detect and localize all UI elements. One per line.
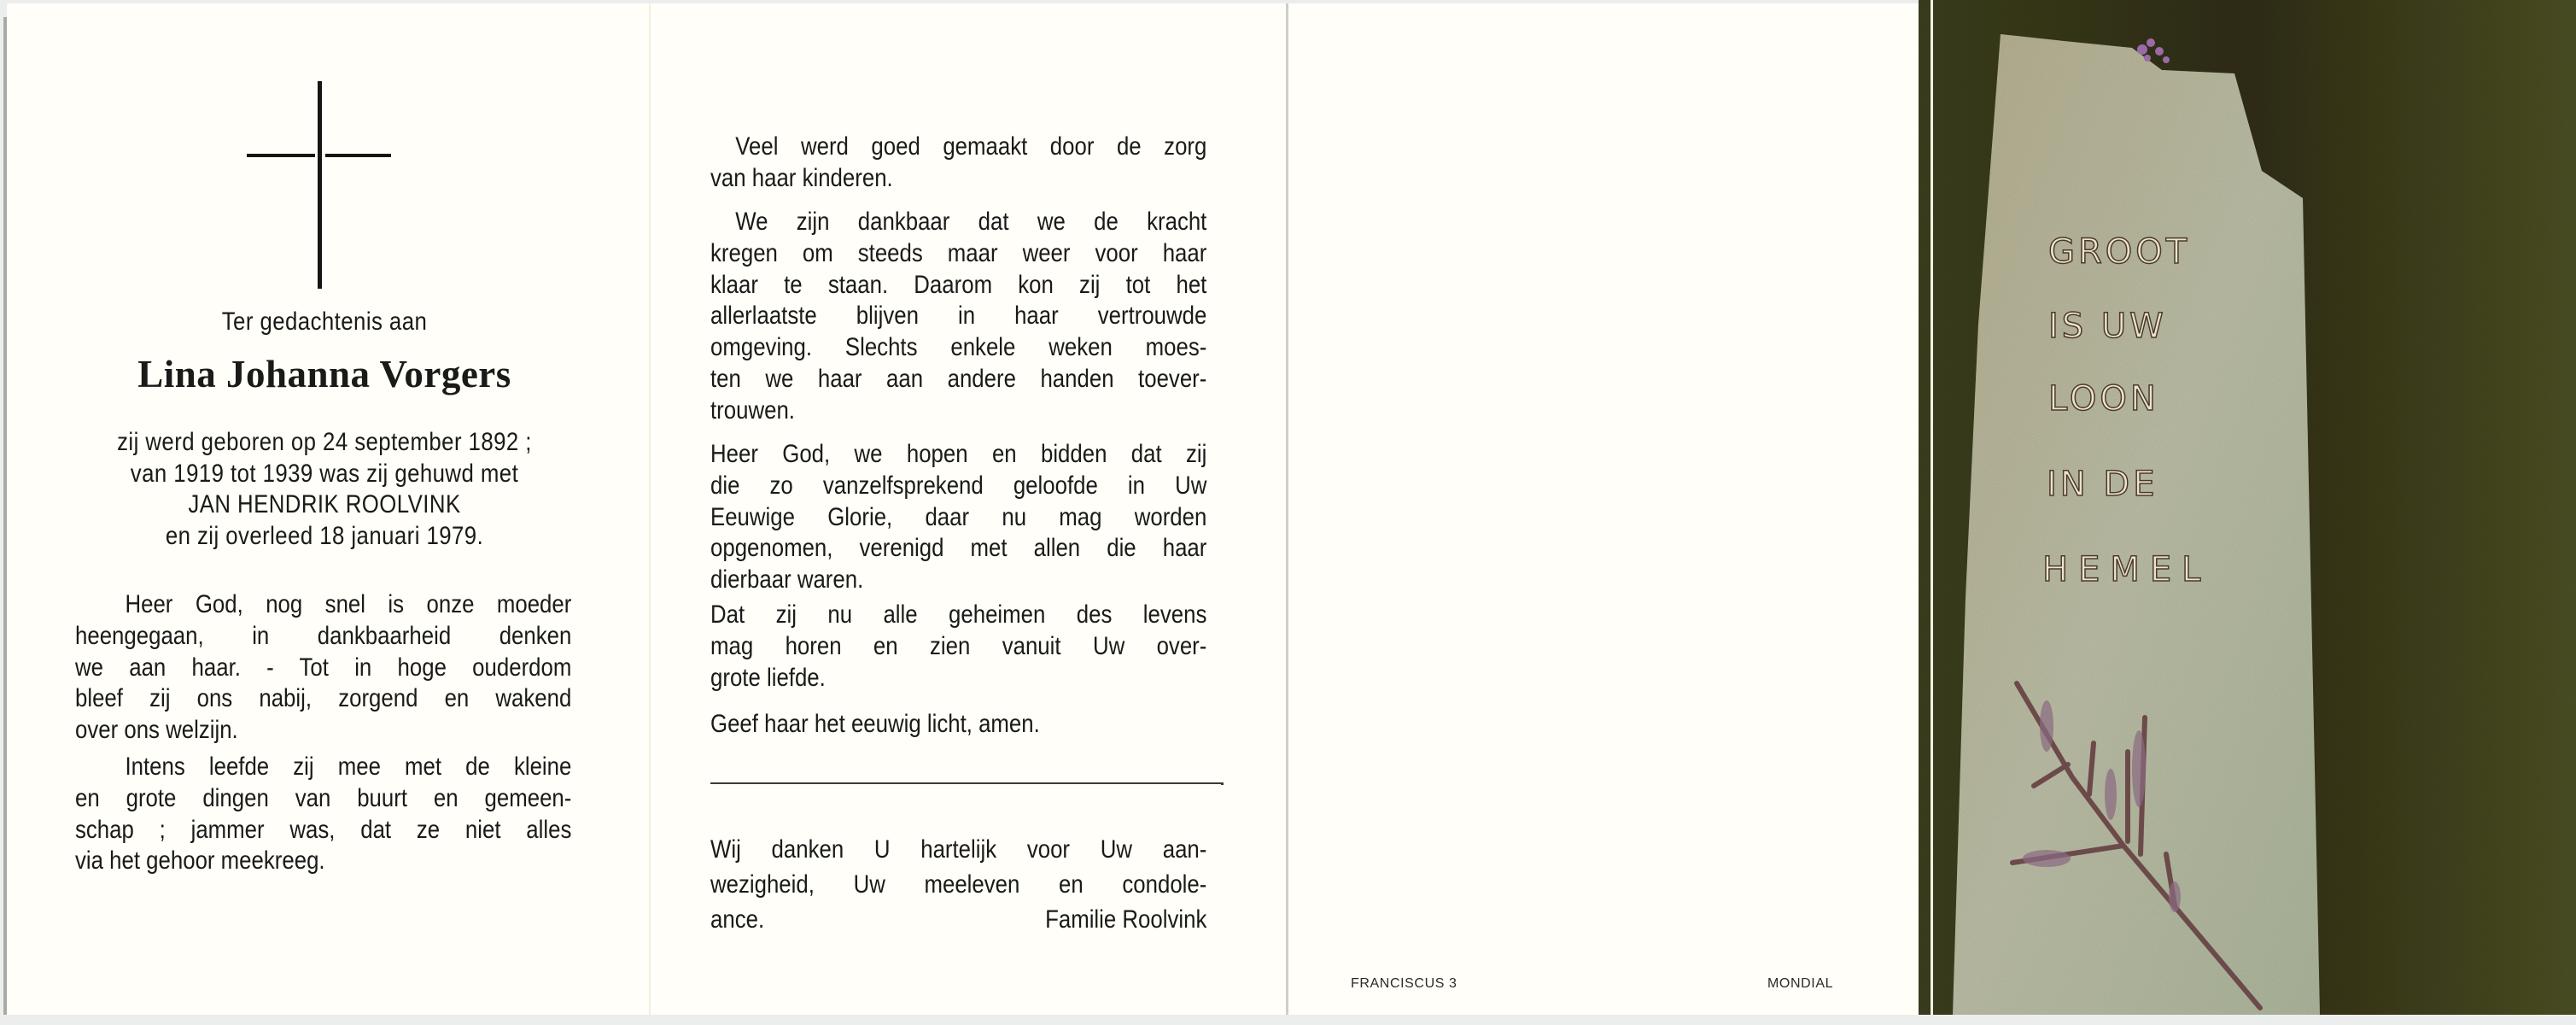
text-line: allerlaatste blijven in haar vertrouwde <box>710 301 1206 332</box>
svg-text:IS UW: IS UW <box>2048 307 2167 346</box>
bio-line: zij werd geboren op 24 september 1892 ; <box>45 427 604 459</box>
svg-text:IN DE: IN DE <box>2047 465 2158 504</box>
svg-text:GROOT: GROOT <box>2048 232 2190 272</box>
paragraph: Veel werd goed gemaakt door de zorg van … <box>710 132 1206 195</box>
svg-text:LOON: LOON <box>2048 379 2159 419</box>
text-line-last: ance. Familie Roolvink <box>710 902 1206 937</box>
text-line: Heer God, nog snel is onze moeder <box>75 589 571 621</box>
text-line: bleef zij ons nabij, zorgend en wakend <box>75 683 571 715</box>
text-line: Intens leefde zij mee met de kleine <box>75 752 571 783</box>
text-line: heengegaan, in dankbaarheid denken <box>75 621 571 653</box>
bio-line-spouse: JAN HENDRIK ROOLVINK <box>45 489 604 521</box>
memory-line: Ter gedachtenis aan <box>45 307 604 337</box>
publisher-series: FRANCISCUS 3 <box>1351 976 1457 992</box>
paragraph: Geef haar het eeuwig licht, amen. <box>710 709 1206 741</box>
panel-back-blank: FRANCISCUS 3 MONDIAL <box>1288 0 1919 1015</box>
text-line: wezigheid, Uw meeleven en condole- <box>710 867 1206 902</box>
svg-text:HEMEL: HEMEL <box>2042 550 2211 589</box>
text-line: Eeuwige Glorie, daar nu mag worden <box>710 502 1206 534</box>
paragraph: Intens leefde zij mee met de kleine en g… <box>75 752 571 877</box>
text-line: die zo vanzelfsprekend geloofde in Uw <box>710 471 1206 502</box>
text-line: ance. <box>710 905 764 934</box>
bio-line: en zij overleed 18 januari 1979. <box>45 521 604 553</box>
text-line: klaar te staan. Daarom kon zij tot het <box>710 270 1206 302</box>
bio-block: zij werd geboren op 24 september 1892 ; … <box>45 427 604 552</box>
deceased-name: Lina Johanna Vorgers <box>0 352 649 396</box>
text-line: Veel werd goed gemaakt door de zorg <box>710 132 1206 163</box>
panel-front-text: Ter gedachtenis aan Lina Johanna Vorgers… <box>0 0 649 1015</box>
thanks-paragraph: Wij danken U hartelijk voor Uw aan- wezi… <box>710 832 1206 937</box>
bio-line: van 1919 tot 1939 was zij gehuwd met <box>45 459 604 490</box>
text-line: omgeving. Slechts enkele weken moes- <box>710 332 1206 364</box>
text-line: en grote dingen van buurt en gemeen- <box>75 783 571 815</box>
text-line: We zijn dankbaar dat we de kracht <box>710 207 1206 238</box>
divider-rule <box>710 782 1223 784</box>
text-line: Geef haar het eeuwig licht, amen. <box>710 709 1206 741</box>
text-line: opgenomen, verenigd met allen die haar <box>710 533 1206 565</box>
text-line: trouwen. <box>710 395 1206 427</box>
paragraph: Dat zij nu alle geheimen des levens mag … <box>710 600 1206 694</box>
text-line: grote liefde. <box>710 663 1206 694</box>
stone-memorial-image: GROOT IS UW LOON IN DE HEMEL <box>1919 0 2576 1015</box>
text-line: Wij danken U hartelijk voor Uw aan- <box>710 832 1206 867</box>
memorial-photo: GROOT IS UW LOON IN DE HEMEL <box>1919 0 2576 1015</box>
text-line: mag horen en zien vanuit Uw over- <box>710 631 1206 663</box>
text-line: over ons welzijn. <box>75 715 571 747</box>
paragraph: Heer God, nog snel is onze moeder heenge… <box>75 589 571 747</box>
divider-dot <box>1221 782 1224 785</box>
text-line: via het gehoor meekreeg. <box>75 846 571 877</box>
panel-inside-text: Veel werd goed gemaakt door de zorg van … <box>649 0 1288 1015</box>
text-line: ten we haar aan andere handen toever- <box>710 364 1206 395</box>
text-line: schap ; jammer was, dat ze niet alles <box>75 815 571 846</box>
paragraph: We zijn dankbaar dat we de kracht kregen… <box>710 207 1206 427</box>
text-line: dierbaar waren. <box>710 565 1206 596</box>
text-line: we aan haar. - Tot in hoge ouderdom <box>75 653 571 684</box>
text-line: Dat zij nu alle geheimen des levens <box>710 600 1206 631</box>
text-line: kregen om steeds maar weer voor haar <box>710 238 1206 270</box>
paragraph: Heer God, we hopen en bidden dat zij die… <box>710 439 1206 596</box>
text-line: Heer God, we hopen en bidden dat zij <box>710 439 1206 471</box>
signature: Familie Roolvink <box>1045 902 1206 937</box>
text-line: van haar kinderen. <box>710 163 1206 195</box>
publisher-name: MONDIAL <box>1767 976 1833 992</box>
